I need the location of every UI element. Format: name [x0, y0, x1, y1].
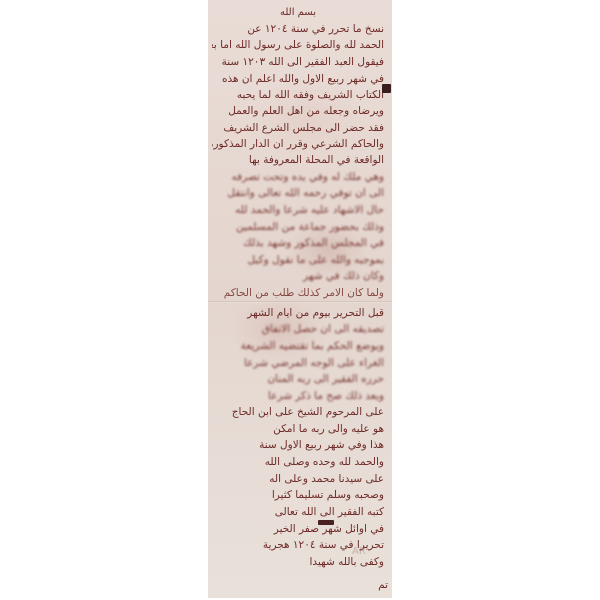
manuscript-line: على سيدنا محمد وعلى اله	[212, 472, 384, 486]
manuscript-text: بسم الله نسخ ما تحرر في سنة ١٢٠٤ عن الحم…	[212, 0, 388, 598]
manuscript-line: وكفى بالله شهيدا	[212, 555, 384, 569]
manuscript-line: فقد حضر الى مجلس الشرع الشريف	[212, 121, 384, 135]
manuscript-line: كتبه الفقير الى الله تعالى	[212, 505, 384, 519]
manuscript-line: وكان ذلك في شهر	[212, 269, 384, 283]
manuscript-line: هو عليه والى ربه ما امكن	[212, 422, 384, 436]
corner-mark: AR	[352, 546, 366, 557]
manuscript-line: ويرضاه وجعله من اهل العلم والعمل	[212, 104, 384, 118]
manuscript-line: والحاكم الشرعي وقرر ان الدار المذكورة	[212, 137, 384, 151]
manuscript-line: هذا وفي شهر ربيع الاول سنة	[212, 438, 384, 452]
manuscript-closing: تم	[358, 578, 388, 592]
manuscript-line: وصحبه وسلم تسليما كثيرا	[212, 488, 384, 502]
ink-blot	[318, 520, 334, 525]
manuscript-line: وذلك بحضور جماعة من المسلمين	[212, 220, 384, 234]
manuscript-line: والحمد لله وحده وصلى الله	[212, 455, 384, 469]
manuscript-line: قبل التحرير بيوم من ايام الشهر	[212, 306, 384, 320]
manuscript-line: ويوضع الحكم بما تقتضيه الشريعة	[212, 339, 384, 353]
manuscript-line: وهي ملك له وفي يده وتحت تصرفه	[212, 170, 384, 184]
manuscript-line: في شهر ربيع الاول والله اعلم ان هذه	[212, 72, 384, 86]
manuscript-line: حرره الفقير الى ربه المنان	[212, 372, 384, 386]
manuscript-line: الواقعة في المحلة المعروفة بها	[212, 153, 384, 167]
manuscript-line: في اوائل شهر صفر الخير	[212, 522, 384, 536]
manuscript-line: الكتاب الشريف وفقه الله لما يحبه	[212, 88, 384, 102]
manuscript-line: على المرحوم الشيخ على ابن الحاج	[212, 405, 384, 419]
manuscript-line: في المجلس المذكور وشهد بذلك	[212, 236, 384, 250]
manuscript-line: ولما كان الامر كذلك طلب من الحاكم	[212, 286, 384, 300]
manuscript-line: الى ان توفي رحمه الله تعالى وانتقل	[212, 186, 384, 200]
manuscript-line: الغراء على الوجه المرضي شرعا	[212, 356, 384, 370]
manuscript-line: بموجبه والله على ما نقول وكيل	[212, 253, 384, 267]
manuscript-heading: بسم الله	[212, 6, 384, 20]
manuscript-line: الحمد لله والصلوة على رسول الله اما بعد	[212, 38, 384, 52]
ink-blot	[382, 84, 391, 93]
manuscript-line: فيقول العبد الفقير الى الله ١٢٠٣ سنة	[212, 55, 384, 69]
manuscript-line: وبعد ذلك صح ما ذكر شرعا	[212, 389, 384, 403]
manuscript-line: نسخ ما تحرر في سنة ١٢٠٤ عن	[212, 22, 384, 36]
manuscript-line: حال الاشهاد عليه شرعا والحمد لله	[212, 203, 384, 217]
manuscript-line: تصديقه الى ان حصل الاتفاق	[212, 322, 384, 336]
